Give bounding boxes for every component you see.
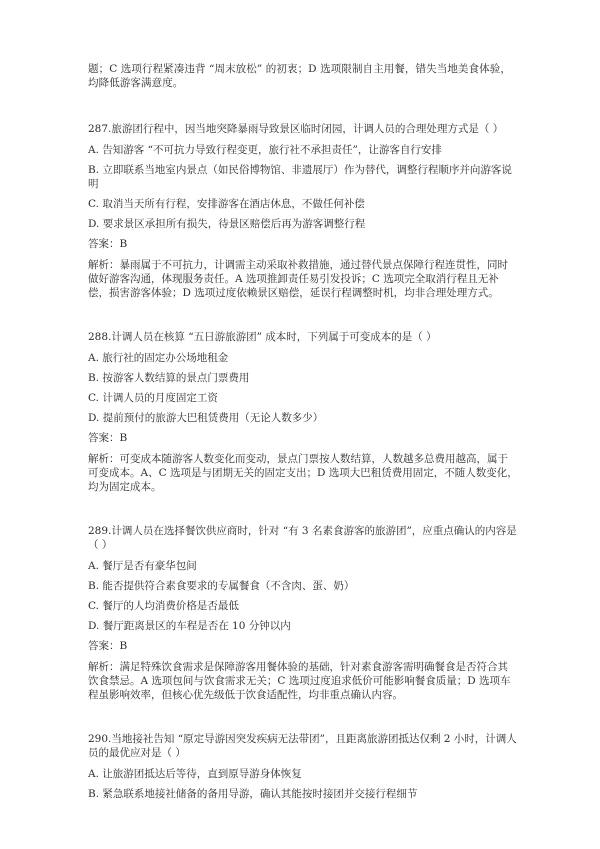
answer: 答案：B [88, 237, 518, 251]
question-290: 290.当地接社告知 “原定导游因突发疾病无法带团”，且距离旅游团抵达仅剩 2 … [88, 732, 518, 801]
analysis: 解析：满足特殊饮食需求是保障游客用餐体验的基础，针对素食游客需明确餐食是否符合其… [88, 660, 518, 702]
option-c: C. 餐厅的人均消费价格是否最低 [88, 599, 518, 613]
option-b: B. 立即联系当地室内景点（如民俗博物馆、非遗展厅）作为替代，调整行程顺序并向游… [88, 163, 518, 191]
option-d: D. 要求景区承担所有损失，待景区赔偿后再为游客调整行程 [88, 217, 518, 231]
option-b: B. 紧急联系地接社储备的备用导游，确认其能按时接团并交接行程细节 [88, 787, 518, 801]
option-c: C. 计调人员的月度固定工资 [88, 391, 518, 405]
question-title: 290.当地接社告知 “原定导游因突发疾病无法带团”，且距离旅游团抵达仅剩 2 … [88, 732, 518, 760]
document-page: 题；C 选项行程紧凑违背 “周末放松” 的初衷；D 选项限制自主用餐，错失当地美… [88, 62, 518, 831]
question-title: 289.计调人员在选择餐饮供应商时，针对 “有 3 名素食游客的旅游团”，应重点… [88, 524, 518, 552]
option-c: C. 取消当天所有行程，安排游客在酒店休息，不做任何补偿 [88, 197, 518, 211]
option-b: B. 按游客人数结算的景点门票费用 [88, 371, 518, 385]
option-b: B. 能否提供符合素食要求的专属餐食（不含肉、蛋、奶） [88, 579, 518, 593]
option-a: A. 旅行社的固定办公场地租金 [88, 351, 518, 365]
option-a: A. 餐厅是否有豪华包间 [88, 559, 518, 573]
question-287: 287.旅游团行程中，因当地突降暴雨导致景区临时闭园，计调人员的合理处理方式是（… [88, 122, 518, 300]
analysis: 解析：可变成本随游客人数变化而变动，景点门票按人数结算，人数越多总费用越高，属于… [88, 452, 518, 494]
continuation-paragraph: 题；C 选项行程紧凑违背 “周末放松” 的初衷；D 选项限制自主用餐，错失当地美… [88, 62, 518, 90]
option-d: D. 餐厅距离景区的车程是否在 10 分钟以内 [88, 619, 518, 633]
analysis: 解析：暴雨属于不可抗力，计调需主动采取补救措施，通过替代景点保障行程连贯性，同时… [88, 258, 518, 300]
question-289: 289.计调人员在选择餐饮供应商时，针对 “有 3 名素食游客的旅游团”，应重点… [88, 524, 518, 702]
question-288: 288.计调人员在核算 “五日游旅游团” 成本时，下列属于可变成本的是（ ） A… [88, 330, 518, 494]
answer: 答案：B [88, 431, 518, 445]
option-d: D. 提前预付的旅游大巴租赁费用（无论人数多少） [88, 411, 518, 425]
question-title: 287.旅游团行程中，因当地突降暴雨导致景区临时闭园，计调人员的合理处理方式是（… [88, 122, 518, 136]
question-title: 288.计调人员在核算 “五日游旅游团” 成本时，下列属于可变成本的是（ ） [88, 330, 518, 344]
option-a: A. 让旅游团抵达后等待，直到原导游身体恢复 [88, 767, 518, 781]
answer: 答案：B [88, 639, 518, 653]
option-a: A. 告知游客 “不可抗力导致行程变更，旅行社不承担责任”，让游客自行安排 [88, 143, 518, 157]
